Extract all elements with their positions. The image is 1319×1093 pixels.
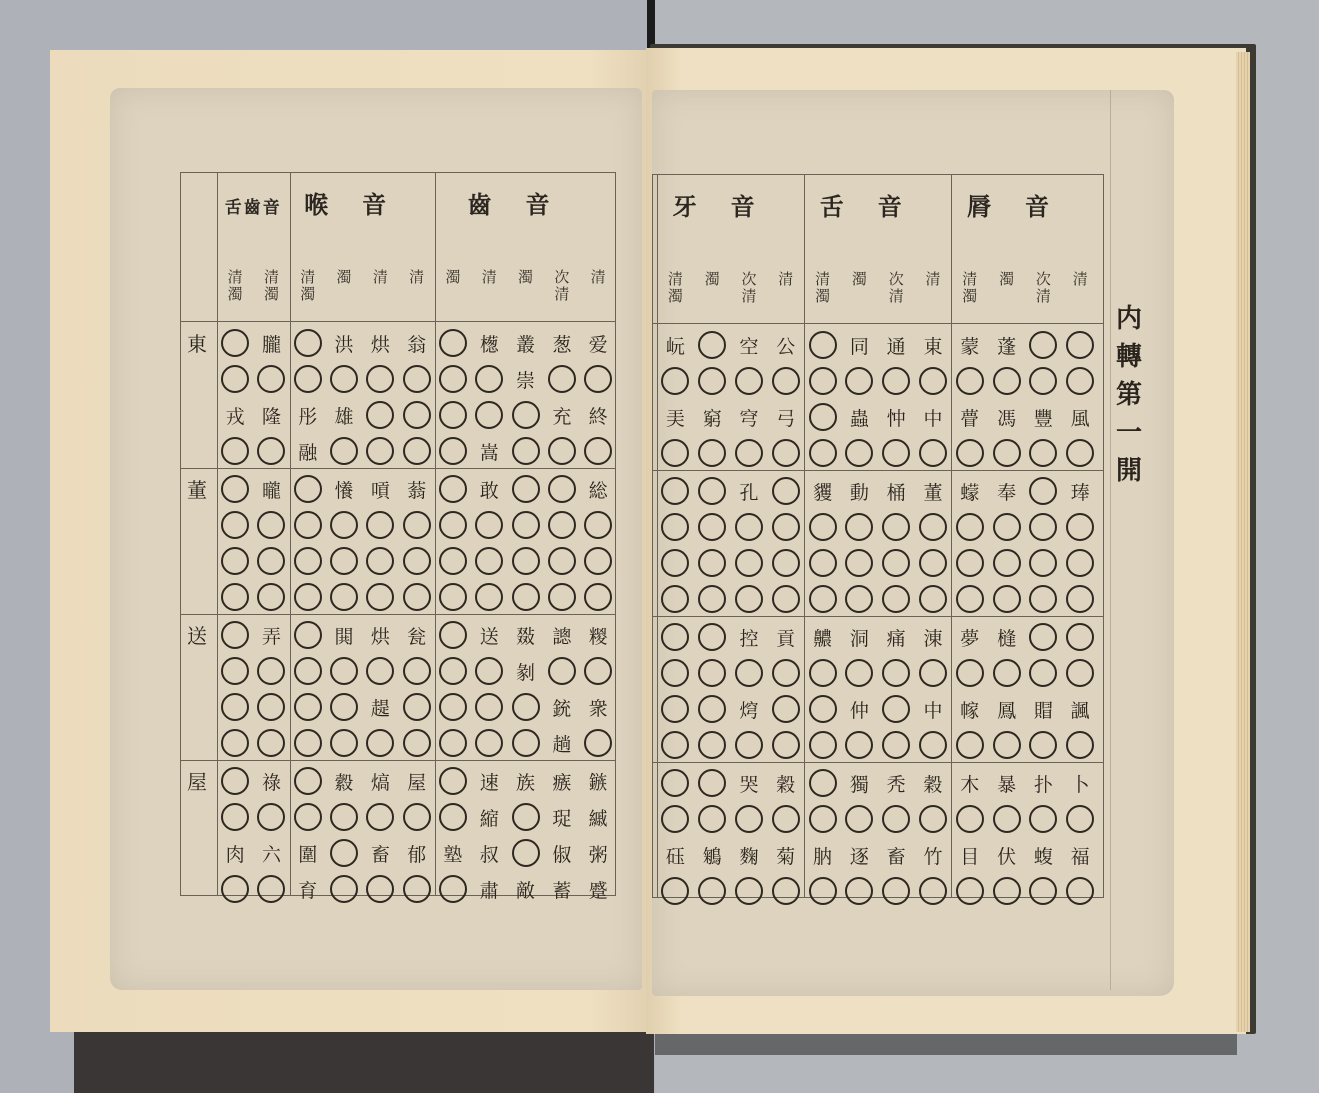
table-cell [915,435,952,471]
table-row [217,543,616,579]
cell-char: 粥 [589,840,608,867]
subhead-char: 清 [657,271,694,288]
empty-circle-icon [993,877,1021,905]
table-cell [767,581,804,617]
empty-circle-icon [548,365,576,393]
table-cell: 豐 [1025,399,1062,435]
empty-circle-icon [294,365,322,393]
cell-char: 仲 [850,696,869,723]
table-cell [1025,727,1062,763]
empty-circle-icon [1029,805,1057,833]
cell-char: 貜 [813,478,832,505]
table-cell [1025,655,1062,691]
table-cell: 洞 [841,619,878,655]
table-cell: 圍 [290,835,326,871]
table-cell [507,835,543,871]
table-cell: 逐 [841,837,878,873]
cell-char: 豐 [1034,404,1053,431]
table-cell [767,655,804,691]
empty-circle-icon [845,513,873,541]
empty-circle-icon [809,659,837,687]
table-cell: 爱 [580,325,616,361]
table-cell: 奉 [988,473,1025,509]
book-shadow-left [74,1030,654,1093]
table-cell: 鳳 [988,691,1025,727]
table-cell [1025,545,1062,581]
cell-char: 風 [1071,404,1090,431]
table-cell [804,765,841,801]
table-cell [988,363,1025,399]
table-cell: 曨 [253,471,289,507]
table-cell: 鏃 [580,763,616,799]
table-cell [1025,801,1062,837]
table-cell [1025,619,1062,655]
table-cell [657,619,694,655]
table-cell [878,727,915,763]
cell-char: 弄 [262,622,281,649]
table-cell [1062,581,1099,617]
table-cell: 速 [471,763,507,799]
cell-char: 琫 [1071,478,1090,505]
empty-circle-icon [735,659,763,687]
empty-circle-icon [809,695,837,723]
empty-circle-icon [403,365,431,393]
empty-circle-icon [294,511,322,539]
empty-circle-icon [403,583,431,611]
cell-char: 肭 [813,842,832,869]
cell-char: 崇 [516,366,535,393]
empty-circle-icon [919,549,947,577]
empty-circle-icon [403,657,431,685]
table-cell: 懩 [326,471,362,507]
empty-circle-icon [475,547,503,575]
table-cell [253,689,289,725]
table-cell [841,545,878,581]
empty-circle-icon [439,693,467,721]
table-cell: 弄 [253,617,289,653]
empty-circle-icon [772,477,800,505]
table-cell [841,873,878,909]
table-cell: 同 [841,327,878,363]
empty-circle-icon [809,585,837,613]
table-cell [544,433,580,469]
table-cell [471,507,507,543]
table-cell: 焪 [731,691,768,727]
table-cell: 蝮 [1025,837,1062,873]
table-cell [326,433,362,469]
empty-circle-icon [661,367,689,395]
table-cell [878,655,915,691]
cell-char: 賵 [1034,696,1053,723]
cell-char: 控 [739,624,758,651]
subhead-char: 清 [362,269,398,286]
cell-char: 嵩 [480,438,499,465]
cell-char: 嗊 [371,476,390,503]
table-row: 趟 [217,725,616,761]
cell-char: 俶 [552,840,571,867]
table-cell [804,691,841,727]
cell-char: 㺯 [666,404,685,431]
table-cell [544,471,580,507]
empty-circle-icon [584,437,612,465]
cell-char: 朧 [262,330,281,357]
table-cell [435,689,471,725]
table-cell: 東 [915,327,952,363]
empty-circle-icon [919,439,947,467]
empty-circle-icon [221,803,249,831]
table-row: 融嵩 [217,433,616,469]
cell-char: 屋 [407,768,426,795]
empty-circle-icon [1029,331,1057,359]
table-cell [217,725,253,761]
empty-circle-icon [919,585,947,613]
table-cell [435,763,471,799]
subhead-char: 清 [951,271,988,288]
empty-circle-icon [735,549,763,577]
table-cell: 貢 [767,619,804,655]
table-cell: 夢 [951,619,988,655]
table-row: 岏空公同通東蒙蓬 [657,327,1099,363]
empty-circle-icon [1066,585,1094,613]
table-cell [915,509,952,545]
table-cell: 葱 [544,325,580,361]
table-cell [767,727,804,763]
empty-circle-icon [956,877,984,905]
empty-circle-icon [294,583,322,611]
cell-char: 東 [923,332,942,359]
table-cell [1025,581,1062,617]
empty-circle-icon [366,401,394,429]
empty-circle-icon [294,767,322,795]
table-cell [878,691,915,727]
empty-circle-icon [772,731,800,759]
subhead-char: 次 [544,269,580,286]
empty-circle-icon [698,477,726,505]
empty-circle-icon [661,769,689,797]
table-cell [253,579,289,615]
cell-char: 穀 [776,770,795,797]
table-cell: 砡 [657,837,694,873]
table-cell [507,397,543,433]
empty-circle-icon [1029,585,1057,613]
cell-char: 剶 [516,658,535,685]
table-cell [1062,509,1099,545]
empty-circle-icon [439,401,467,429]
table-cell: 祿 [253,763,289,799]
table-cell: 敵 [507,871,543,907]
tone-block-divider [181,468,615,469]
table-row: 焪仲中幏鳳賵諷 [657,691,1099,727]
title-char: 一 [1112,414,1146,452]
empty-circle-icon [661,805,689,833]
empty-circle-icon [439,583,467,611]
empty-circle-icon [221,329,249,357]
empty-circle-icon [294,547,322,575]
table-cell [435,361,471,397]
empty-circle-icon [993,439,1021,467]
empty-circle-icon [548,657,576,685]
cell-char: 族 [516,768,535,795]
table-cell [731,581,768,617]
tone-block-divider [653,470,1103,471]
table-row: 剶 [217,653,616,689]
empty-circle-icon [919,731,947,759]
header-divider [653,323,1103,324]
table-cell: 族 [507,763,543,799]
table-row: 弄閧烘瓮送敠謥糉 [217,617,616,653]
column-subhead: 清濁 [804,271,841,305]
table-cell [694,509,731,545]
cell-char: 衆 [589,694,608,721]
column-subhead: 清濁 [217,269,253,303]
cell-char: 鏃 [589,768,608,795]
empty-circle-icon [294,475,322,503]
table-row: 戎隆彤雄充終 [217,397,616,433]
empty-circle-icon [221,767,249,795]
table-cell [544,579,580,615]
table-cell [362,653,398,689]
left-rhyme-table: 舌齒音喉音齒音清濁清濁清濁濁清清濁清濁次清清朧洪烘翁檧叢葱爱崇戎隆彤雄充終融嵩曨… [180,172,616,896]
cell-char: 爱 [589,330,608,357]
empty-circle-icon [993,549,1021,577]
empty-circle-icon [772,367,800,395]
empty-circle-icon [993,513,1021,541]
empty-circle-icon [1029,367,1057,395]
empty-circle-icon [882,659,910,687]
empty-circle-icon [221,547,249,575]
table-row [657,873,1099,909]
empty-circle-icon [661,623,689,651]
empty-circle-icon [512,511,540,539]
empty-circle-icon [772,549,800,577]
column-subhead: 次清 [731,271,768,305]
table-cell [657,435,694,471]
table-cell [694,873,731,909]
column-group-title: 牙音 [657,187,804,222]
table-cell [951,873,988,909]
table-row: 控貢齈洞痛涷夢槰 [657,619,1099,655]
table-cell: 熇 [362,763,398,799]
empty-circle-icon [845,585,873,613]
table-cell [841,801,878,837]
table-cell [471,361,507,397]
empty-circle-icon [919,513,947,541]
table-cell: 衆 [580,689,616,725]
table-cell [290,725,326,761]
table-cell [1025,873,1062,909]
empty-circle-icon [512,547,540,575]
table-cell: 賵 [1025,691,1062,727]
empty-circle-icon [475,657,503,685]
table-row: 砡鵴麴菊肭逐畜竹目伏蝮福 [657,837,1099,873]
table-cell [915,545,952,581]
cell-char: 銃 [552,694,571,721]
empty-circle-icon [956,805,984,833]
empty-circle-icon [257,547,285,575]
subhead-char: 清 [217,269,253,286]
table-cell [435,433,471,469]
empty-circle-icon [330,365,358,393]
table-cell [326,799,362,835]
cell-char: 隆 [262,402,281,429]
empty-circle-icon [956,513,984,541]
table-cell: 董 [915,473,952,509]
empty-circle-icon [257,583,285,611]
table-cell [878,873,915,909]
empty-circle-icon [845,731,873,759]
cell-char: 卜 [1071,770,1090,797]
table-cell [253,361,289,397]
table-cell [988,509,1025,545]
empty-circle-icon [1029,477,1057,505]
empty-circle-icon [403,729,431,757]
table-cell [544,653,580,689]
table-cell [1062,801,1099,837]
empty-circle-icon [735,439,763,467]
table-cell [290,507,326,543]
empty-circle-icon [475,583,503,611]
empty-circle-icon [330,511,358,539]
table-cell [1062,727,1099,763]
table-row [657,545,1099,581]
table-cell [767,545,804,581]
table-cell [1025,363,1062,399]
table-cell [290,471,326,507]
subhead-char: 次 [1025,271,1062,288]
table-cell [841,727,878,763]
empty-circle-icon [439,547,467,575]
empty-circle-icon [366,511,394,539]
subhead-char: 清 [804,271,841,288]
cell-char: 肅 [480,876,499,903]
table-cell [657,473,694,509]
table-cell: 粥 [580,835,616,871]
empty-circle-icon [475,693,503,721]
empty-circle-icon [439,511,467,539]
column-subhead: 濁 [507,269,543,286]
subhead-char: 濁 [841,271,878,288]
table-cell: 孔 [731,473,768,509]
table-cell [767,801,804,837]
column-subhead: 清 [1062,271,1099,288]
rhyme-label: 屋 [182,766,212,795]
table-row [217,507,616,543]
table-cell [694,581,731,617]
empty-circle-icon [735,805,763,833]
cell-char: 鵴 [703,842,722,869]
subhead-char: 清 [471,269,507,286]
empty-circle-icon [330,875,358,903]
table-cell: 目 [951,837,988,873]
cell-char: 雄 [335,402,354,429]
empty-circle-icon [512,839,540,867]
empty-circle-icon [257,437,285,465]
empty-circle-icon [294,803,322,831]
right-rhyme-table: 牙音舌音脣音清濁濁次清清清濁濁次清清清濁濁次清清岏空公同通東蒙蓬㺯窮穹弓蟲忡中瞢… [652,174,1104,898]
table-cell [804,801,841,837]
subhead-char: 濁 [951,288,988,305]
empty-circle-icon [439,621,467,649]
cell-char: 畜 [371,840,390,867]
table-cell [217,471,253,507]
subhead-char: 清 [1025,288,1062,305]
cell-char: 涷 [923,624,942,651]
table-row [657,435,1099,471]
table-cell: 檧 [471,325,507,361]
cell-char: 葱 [552,330,571,357]
empty-circle-icon [330,839,358,867]
table-cell: 忡 [878,399,915,435]
table-cell [841,581,878,617]
table-cell [398,725,434,761]
column-subhead: 清 [580,269,616,286]
table-cell [253,653,289,689]
page-edges [1236,52,1250,1032]
empty-circle-icon [257,729,285,757]
empty-circle-icon [366,729,394,757]
empty-circle-icon [956,731,984,759]
table-cell [435,543,471,579]
table-cell [253,543,289,579]
table-cell [657,765,694,801]
empty-circle-icon [439,729,467,757]
table-row: 縮珿縬 [217,799,616,835]
subhead-char: 濁 [217,286,253,303]
table-cell [507,433,543,469]
empty-circle-icon [548,475,576,503]
table-cell: 福 [1062,837,1099,873]
table-cell [804,363,841,399]
table-cell [362,397,398,433]
empty-circle-icon [772,439,800,467]
table-cell [362,507,398,543]
table-cell [731,655,768,691]
table-cell [398,871,434,907]
table-cell [1025,327,1062,363]
cell-char: 目 [960,842,979,869]
title-char: 内 [1112,300,1146,338]
table-cell [1062,545,1099,581]
empty-circle-icon [772,877,800,905]
empty-circle-icon [257,657,285,685]
table-cell [362,579,398,615]
background-divider [647,0,655,48]
table-cell [951,363,988,399]
cell-char: 戎 [226,402,245,429]
tone-block-divider [181,760,615,761]
cell-char: 敠 [516,622,535,649]
subhead-char: 濁 [988,271,1025,288]
table-cell: 木 [951,765,988,801]
cell-char: 穹 [739,404,758,431]
subhead-char: 次 [731,271,768,288]
empty-circle-icon [330,693,358,721]
table-row [657,655,1099,691]
table-cell [217,799,253,835]
empty-circle-icon [403,511,431,539]
table-cell [290,653,326,689]
cell-char: 麴 [739,842,758,869]
table-cell [694,545,731,581]
table-cell [657,655,694,691]
subhead-char: 清 [399,269,435,286]
empty-circle-icon [548,437,576,465]
cell-char: 中 [923,696,942,723]
column-subhead: 次清 [1025,271,1062,305]
cell-char: 木 [960,770,979,797]
table-cell [657,691,694,727]
empty-circle-icon [257,803,285,831]
